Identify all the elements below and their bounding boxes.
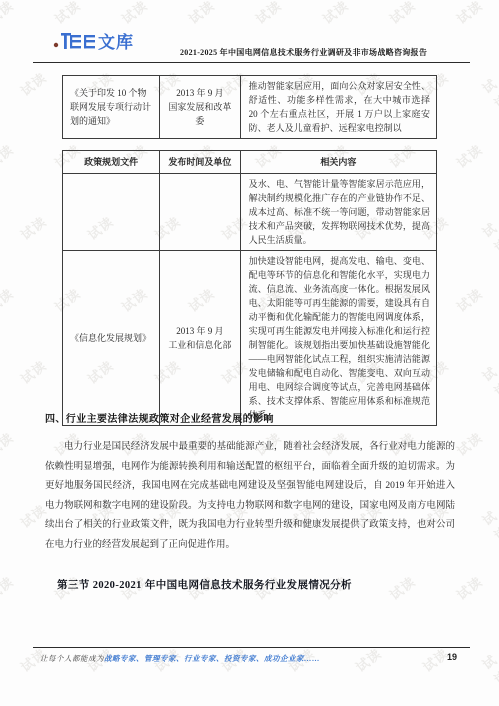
policy-date-cell: 2013 年 9 月 国家发展和改革委 xyxy=(160,76,240,139)
document-page: 试读试读试读试读试读试读试读试读试读试读试读试读试读试读试读试读试读试读试读试读… xyxy=(0,0,499,706)
column-header-doc: 政策规划文件 xyxy=(63,151,160,174)
footer-rule xyxy=(33,647,470,648)
section-heading-impact: 四、行业主要法律法规政策对企业经营发展的影响 xyxy=(45,410,274,425)
footer-slogan-highlight: 战略专家、管理专家、行业专家、投资专家、成功企业家…… xyxy=(104,654,320,663)
table-header-row: 政策规划文件 发布时间及单位 相关内容 xyxy=(63,151,437,174)
column-header-content: 相关内容 xyxy=(240,151,436,174)
policy-table-fragment: 《关于印发 10 个物联网发展专项行动计划的通知》 2013 年 9 月 国家发… xyxy=(62,75,437,139)
policy-table: 政策规划文件 发布时间及单位 相关内容 及水、电、气智能计量等智能家居示范应用，… xyxy=(62,150,437,426)
policy-doc-cell xyxy=(63,174,160,251)
policy-content-cell: 及水、电、气智能计量等智能家居示范应用，解决制约规模化推广存在的产业链协作不足、… xyxy=(240,174,436,251)
policy-doc-cell: 《关于印发 10 个物联网发展专项行动计划的通知》 xyxy=(63,76,160,139)
report-title: 2021-2025 年中国电网信息技术服务行业调研及非市场战略咨询报告 xyxy=(180,47,427,58)
footer-slogan: 让每个人都能成为战略专家、管理专家、行业专家、投资专家、成功企业家…… xyxy=(40,653,320,664)
table-row: 《关于印发 10 个物联网发展专项行动计划的通知》 2013 年 9 月 国家发… xyxy=(63,76,437,139)
logo-wordmark: 文库 xyxy=(98,28,134,53)
page-content: 文库 2021-2025 年中国电网信息技术服务行业调研及非市场战略咨询报告 《… xyxy=(0,0,499,706)
footer-slogan-prefix: 让每个人都能成为 xyxy=(40,654,104,663)
logo-icon xyxy=(53,31,95,51)
policy-content-cell: 加快建设智能电网，提高发电、输电、变电、配电等环节的信息化和智能化水平，实现电力… xyxy=(240,251,436,426)
policy-content-cell: 推动智能家居应用，面向公众对家居安全性、舒适性、功能多样性需求，在大中城市选择 … xyxy=(240,76,436,139)
policy-date: 2013 年 9 月 xyxy=(165,86,234,100)
body-paragraph: 电力行业是国民经济发展中最重要的基础能源产业，随着社会经济发展，各行业对电力能源… xyxy=(45,438,455,556)
policy-date: 2013 年 9 月 xyxy=(165,324,234,338)
column-header-date: 发布时间及单位 xyxy=(160,151,240,174)
policy-org: 工业和信息化部 xyxy=(165,338,234,352)
page-number: 19 xyxy=(447,652,457,662)
section-heading-chapter3: 第三节 2020-2021 年中国电网信息技术服务行业发展情况分析 xyxy=(57,577,352,592)
header-rule xyxy=(33,62,470,63)
policy-date-cell xyxy=(160,174,240,251)
policy-org: 国家发展和改革委 xyxy=(165,100,234,128)
table-row: 及水、电、气智能计量等智能家居示范应用，解决制约规模化推广存在的产业链协作不足、… xyxy=(63,174,437,251)
table-row: 《信息化发展规划》 2013 年 9 月 工业和信息化部 加快建设智能电网，提高… xyxy=(63,251,437,426)
policy-doc-cell: 《信息化发展规划》 xyxy=(63,251,160,426)
policy-date-cell: 2013 年 9 月 工业和信息化部 xyxy=(160,251,240,426)
publisher-logo: 文库 xyxy=(53,28,134,53)
